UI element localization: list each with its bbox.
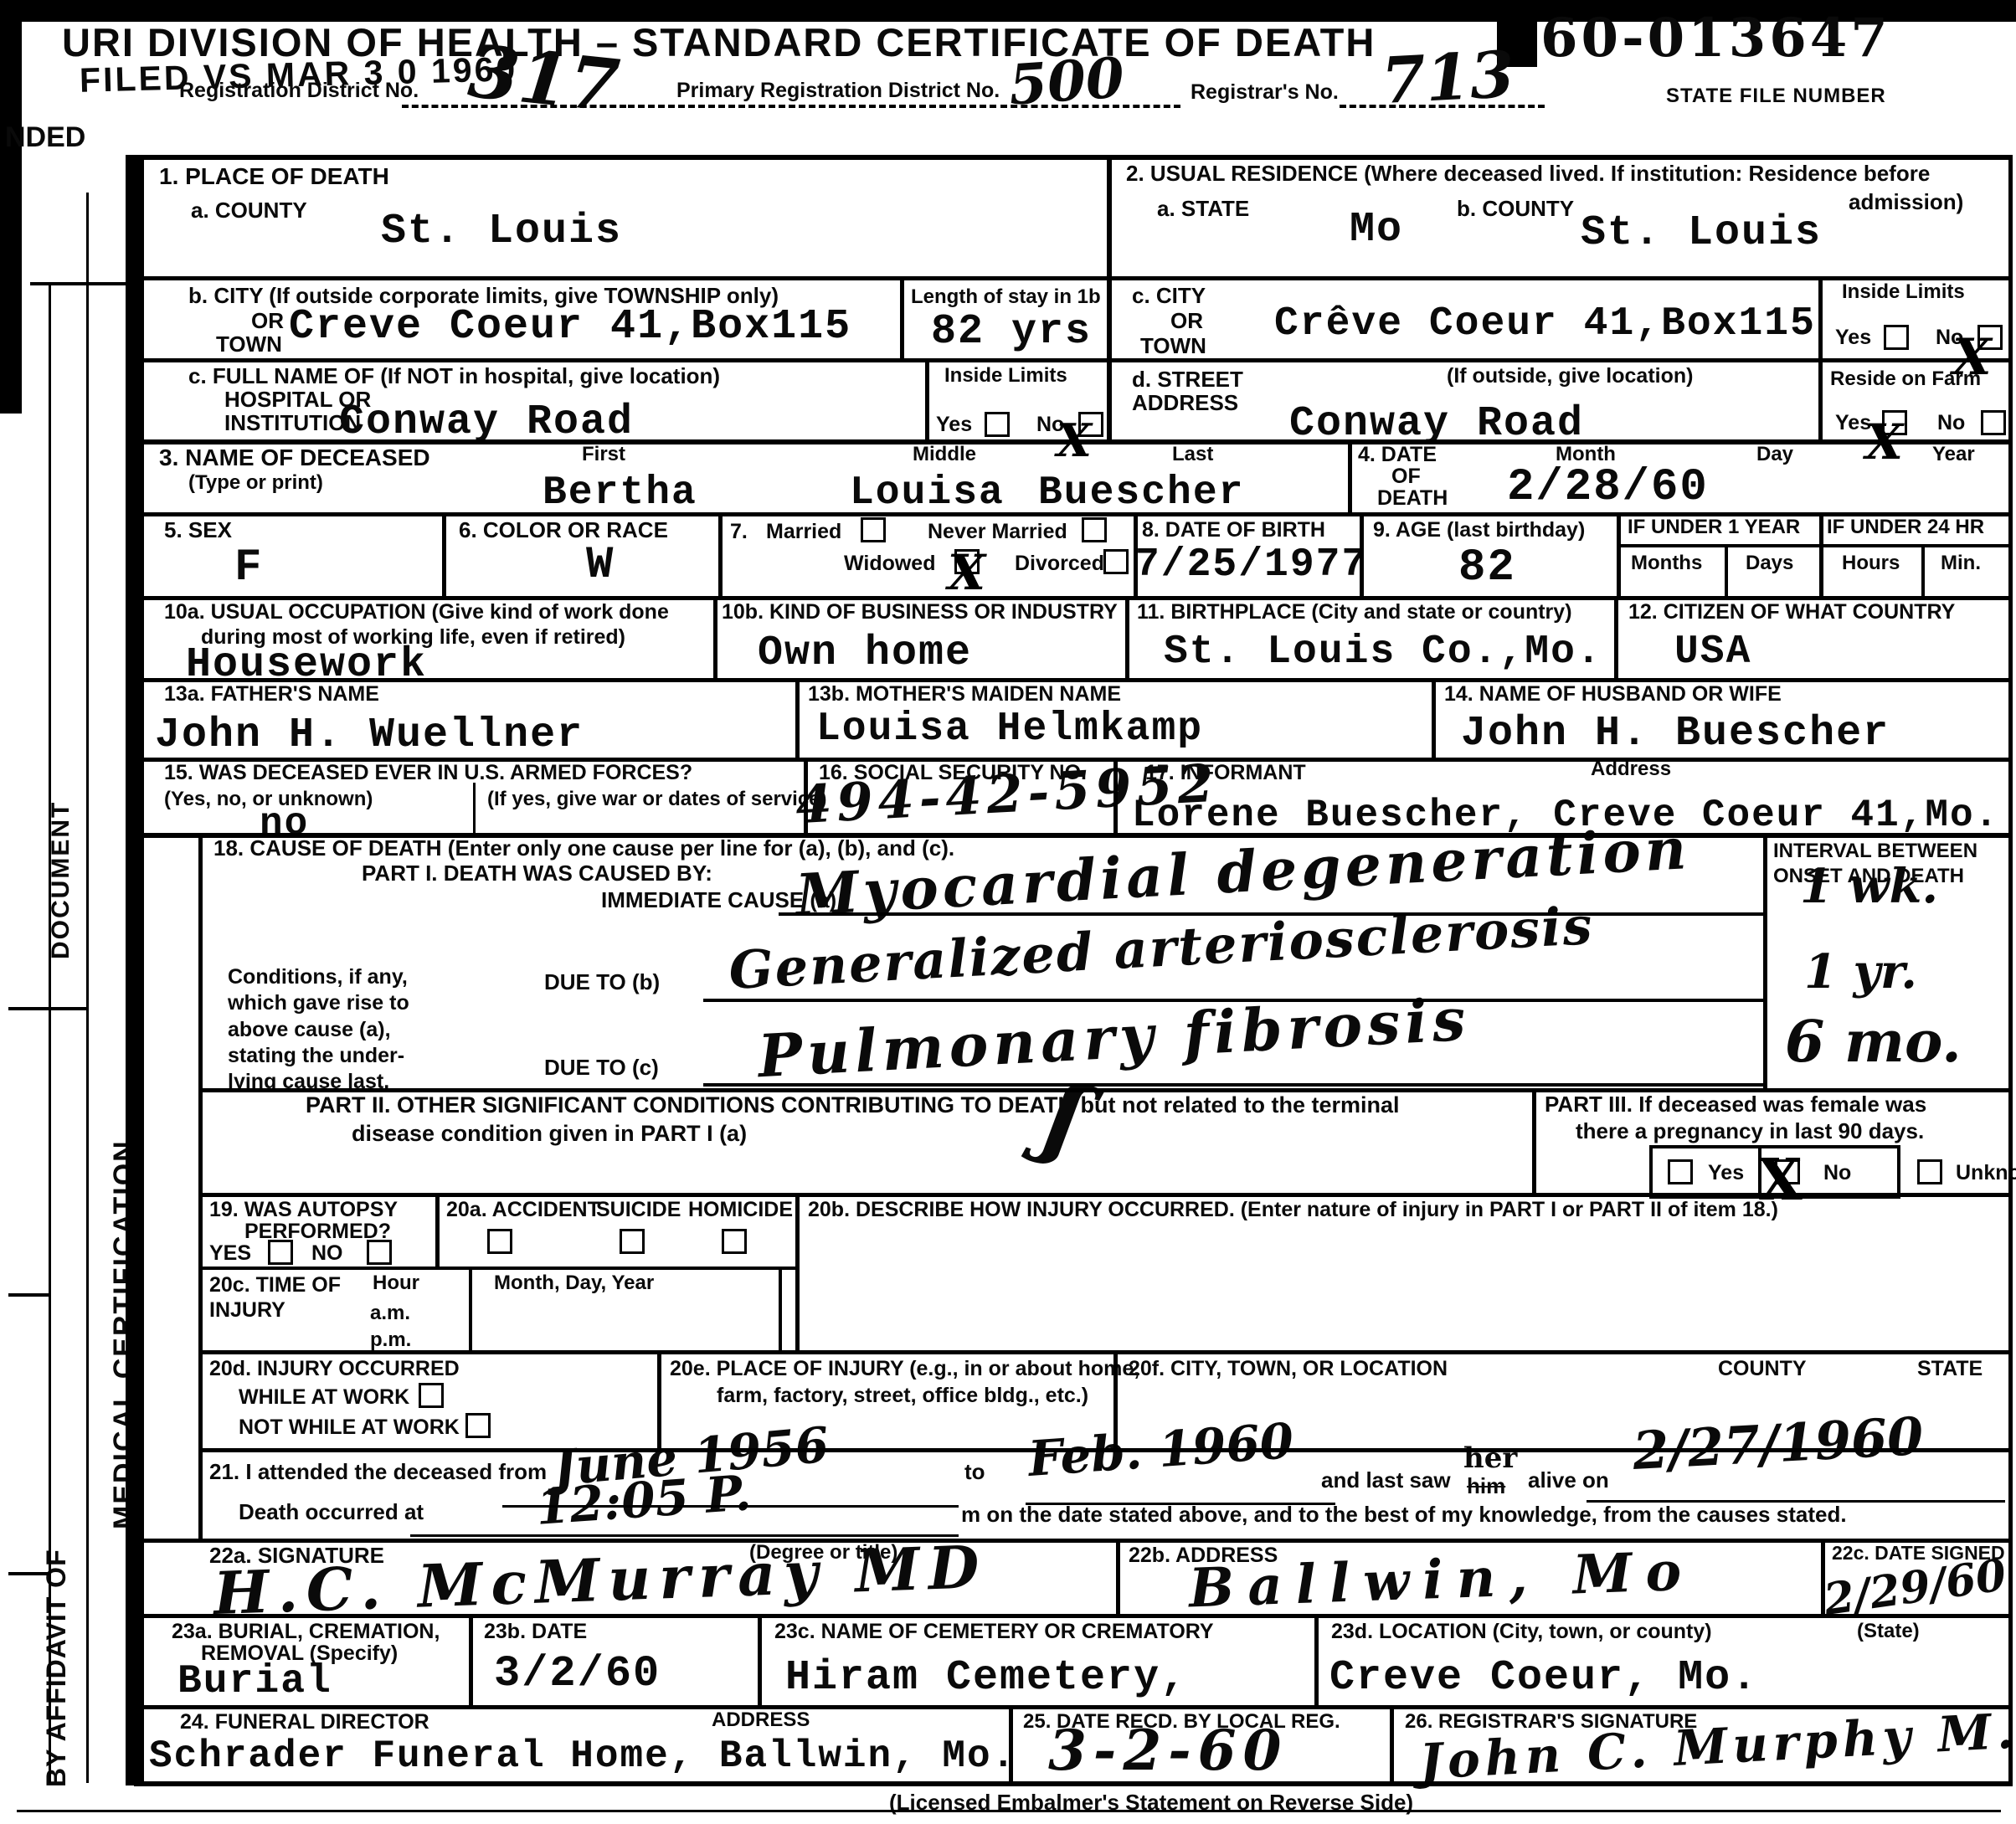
accident-checkbox[interactable] <box>487 1229 512 1254</box>
place-county-value[interactable]: St. Louis <box>381 208 622 255</box>
rule-line <box>198 1267 795 1270</box>
rule-line <box>134 1781 2013 1786</box>
rule-line <box>134 512 2013 516</box>
date-received-value[interactable]: 3-2-60 <box>1048 1718 1288 1783</box>
rule-line <box>1009 1705 1013 1781</box>
rule-line <box>1314 1614 1319 1705</box>
residence-inside-limits-yes-checkbox[interactable] <box>1884 325 1909 350</box>
divorced-checkbox[interactable] <box>1103 549 1129 574</box>
first-name-label: First <box>582 444 625 465</box>
burial-label: 23a. BURIAL, CREMATION, <box>172 1621 440 1643</box>
pregnancy-yes-label: Yes <box>1708 1162 1744 1184</box>
suicide-checkbox[interactable] <box>620 1229 645 1254</box>
part3-label: PART III. If deceased was female was <box>1545 1093 1926 1117</box>
rule-line <box>1113 1350 1118 1448</box>
month-day-year-label: Month, Day, Year <box>494 1272 654 1293</box>
injury-county-label: COUNTY <box>1718 1358 1807 1380</box>
rule-line <box>1116 1539 1120 1614</box>
place-inside-limits-label: Inside Limits <box>944 365 1067 386</box>
age-label: 9. AGE (last birthday) <box>1373 519 1585 542</box>
suicide-label: SUICIDE <box>596 1199 681 1221</box>
burial-date-label: 23b. DATE <box>484 1621 587 1643</box>
residence-city-label: c. CITY <box>1132 285 1206 308</box>
date-of-death-value[interactable]: 2/28/60 <box>1507 462 1709 513</box>
death-occurred-label: Death occurred at <box>239 1501 424 1524</box>
rule-line <box>925 358 929 439</box>
rule-line <box>795 678 800 758</box>
attended-to-label: to <box>964 1461 985 1484</box>
homicide-checkbox[interactable] <box>722 1229 747 1254</box>
rule-line <box>1532 1088 1536 1193</box>
marital-number-label: 7. <box>730 521 748 543</box>
place-of-injury-label: 20e. PLACE OF INJURY (e.g., in or about … <box>670 1358 1139 1380</box>
time-of-injury-label: 20c. TIME OF <box>209 1274 341 1297</box>
dashed-blank <box>1340 105 1545 108</box>
type-or-print-label: (Type or print) <box>188 472 323 493</box>
interval-c-value[interactable]: 6 mo. <box>1785 1009 1962 1076</box>
rule-line <box>779 1267 782 1350</box>
rule-line <box>1617 544 2013 547</box>
homicide-label: HOMICIDE <box>688 1199 793 1221</box>
color-race-label: 6. COLOR OR RACE <box>459 519 668 542</box>
date-of-death-of-label: OF <box>1391 465 1421 488</box>
state-file-number-label: STATE FILE NUMBER <box>1666 85 1886 106</box>
spouse-name-value[interactable]: John H. Buescher <box>1461 710 1890 758</box>
rule-line <box>49 285 51 1783</box>
rule-line <box>1348 439 1352 512</box>
rule-line <box>1432 678 1436 758</box>
rule-line <box>134 758 2013 762</box>
armed-forces-sub2: (If yes, give war or dates of service) <box>487 789 827 809</box>
residence-label2: admission) <box>1849 191 1963 214</box>
place-town-label: TOWN <box>216 333 282 357</box>
birthplace-label: 11. BIRTHPLACE (City and state or countr… <box>1137 601 1572 624</box>
farm-no-label: No <box>1937 412 1965 434</box>
funeral-director-address-label: ADDRESS <box>712 1709 810 1730</box>
residence-county-label: b. COUNTY <box>1457 198 1574 221</box>
autopsy-no-label: NO <box>311 1242 343 1265</box>
due-to-c-label: DUE TO (c) <box>544 1056 659 1080</box>
rule-line <box>473 783 476 833</box>
rule-line <box>502 1505 959 1508</box>
rule-line <box>1617 512 1621 596</box>
never-married-label: Never Married <box>928 521 1067 543</box>
rule-line <box>198 1350 2013 1354</box>
margin-by-affidavit-label: BY AFFIDAVIT OF <box>41 1549 72 1787</box>
armed-forces-label: 15. WAS DECEASED EVER IN U.S. ARMED FORC… <box>164 762 692 784</box>
middle-name-value[interactable]: Louisa <box>850 470 1005 516</box>
autopsy-label: 19. WAS AUTOPSY <box>209 1199 398 1221</box>
sex-value[interactable]: F <box>234 542 263 593</box>
place-county-label: a. COUNTY <box>191 199 307 223</box>
place-of-death-label: 1. PLACE OF DEATH <box>159 164 389 189</box>
cemetery-value[interactable]: Hiram Cemetery, <box>785 1654 1187 1702</box>
rule-line <box>779 912 1763 916</box>
last-name-value[interactable]: Buescher <box>1038 470 1244 516</box>
part2-label2: disease condition given in PART I (a) <box>352 1122 747 1146</box>
mother-name-value[interactable]: Louisa Helmkamp <box>816 706 1203 752</box>
rule-line <box>1649 1195 1900 1199</box>
primary-registration-district-label: Primary Registration District No. <box>676 80 1000 102</box>
injury-city-label: 20f. CITY, TOWN, OR LOCATION <box>1129 1358 1448 1380</box>
rule-line <box>1921 544 1925 596</box>
rule-line <box>1026 1503 1335 1505</box>
rule-line <box>442 512 446 596</box>
rule-line <box>134 439 2013 444</box>
am-label: a.m. <box>370 1302 410 1323</box>
rule-line <box>804 758 808 833</box>
first-name-value[interactable]: Bertha <box>543 470 697 516</box>
rule-line <box>8 1007 86 1010</box>
hour-label: Hour <box>373 1272 419 1293</box>
rule-line <box>657 1350 661 1448</box>
injury-occurred-label: 20d. INJURY OCCURRED <box>209 1358 460 1380</box>
business-value[interactable]: Own home <box>758 629 972 677</box>
dashed-blank <box>628 105 996 108</box>
rule-line <box>1897 1145 1900 1197</box>
cemetery-location-value[interactable]: Creve Coeur, Mo. <box>1329 1654 1758 1702</box>
registration-district-label: Registration District No. <box>179 80 419 102</box>
autopsy-yes-checkbox[interactable] <box>268 1240 293 1265</box>
rule-line <box>134 1539 2013 1543</box>
days-label: Days <box>1746 552 1793 573</box>
rule-line <box>1758 1145 1761 1197</box>
last-saw-label: and last saw <box>1321 1469 1451 1493</box>
residence-inside-limits-label: Inside Limits <box>1842 281 1965 302</box>
date-of-birth-label: 8. DATE OF BIRTH <box>1142 519 1325 542</box>
rule-line <box>198 1448 2013 1452</box>
registrars-no-label: Registrar's No. <box>1191 81 1339 104</box>
rule-line <box>469 1267 472 1350</box>
residence-label: 2. USUAL RESIDENCE (Where deceased lived… <box>1126 162 1930 186</box>
rule-line <box>134 833 2013 838</box>
street-hint-label: (If outside, give location) <box>1447 365 1693 388</box>
injury-state-label: STATE <box>1917 1358 1983 1380</box>
rule-line <box>410 1534 959 1537</box>
hospital-label: c. FULL NAME OF (If NOT in hospital, giv… <box>188 365 720 388</box>
married-checkbox[interactable] <box>861 517 886 542</box>
place-city-value[interactable]: Creve Coeur 41,Box115 <box>289 303 851 351</box>
last-name-label: Last <box>1172 444 1213 465</box>
informant-label: 17. INFORMANT <box>1145 762 1306 784</box>
pm-label: p.m. <box>370 1329 411 1350</box>
due-to-b-label: DUE TO (b) <box>544 971 660 994</box>
married-label: Married <box>766 521 841 543</box>
length-of-stay-value[interactable]: 82 yrs <box>931 308 1092 356</box>
rule-line <box>1821 1539 1825 1614</box>
rule-line <box>758 1614 762 1705</box>
statement-tail-label: m on the date stated above, and to the b… <box>961 1503 1847 1527</box>
farm-no-checkbox[interactable] <box>1981 410 2006 435</box>
rule-line <box>134 678 2013 682</box>
rule-line <box>1113 758 1118 833</box>
day-label: Day <box>1756 444 1793 465</box>
father-name-value[interactable]: John H. Wuellner <box>155 712 584 759</box>
rule-line <box>795 1193 800 1350</box>
spouse-name-label: 14. NAME OF HUSBAND OR WIFE <box>1444 683 1782 706</box>
attended-label: 21. I attended the deceased from <box>209 1461 547 1484</box>
rule-line <box>17 1810 2001 1812</box>
registration-district-value[interactable]: 317 <box>465 29 623 129</box>
cemetery-location-label: 23d. LOCATION (City, town, or county) <box>1331 1621 1712 1643</box>
occupation-label: 10a. USUAL OCCUPATION (Give kind of work… <box>164 601 669 624</box>
autopsy-no-checkbox[interactable] <box>367 1240 392 1265</box>
interval-a-value[interactable]: 1 wk. <box>1800 859 1938 914</box>
rule-line <box>469 1614 473 1705</box>
him-struck-label: him <box>1467 1475 1505 1498</box>
business-label: 10b. KIND OF BUSINESS OR INDUSTRY <box>722 601 1118 624</box>
rule-line <box>1819 512 1823 596</box>
while-at-work-label: WHILE AT WORK <box>239 1386 409 1409</box>
divorced-label: Divorced <box>1015 552 1104 575</box>
dashed-blank <box>1000 105 1180 108</box>
rule-line <box>1725 544 1728 596</box>
rule-line <box>134 1705 2013 1709</box>
rule-line <box>30 282 134 285</box>
rule-line <box>1587 1500 2005 1503</box>
margin-document-label: DOCUMENT <box>47 801 75 959</box>
street-label: d. STREET <box>1132 368 1243 392</box>
rule-line <box>86 193 89 1783</box>
rule-line <box>435 1193 440 1267</box>
rule-line <box>1125 596 1129 678</box>
hours-label: Hours <box>1842 552 1900 573</box>
place-inside-limits-yes-label: Yes <box>936 414 972 436</box>
rule-line <box>900 276 904 358</box>
if-under-1-year-label: IF UNDER 1 YEAR <box>1628 516 1800 537</box>
while-at-work-checkbox[interactable] <box>419 1383 444 1408</box>
autopsy-yes-label: YES <box>209 1242 251 1265</box>
date-of-death-label: 4. DATE <box>1358 444 1437 466</box>
rule-line <box>713 596 717 678</box>
place-inside-limits-yes-checkbox[interactable] <box>985 412 1010 437</box>
pregnancy-unknown-label: Unknown <box>1956 1162 2016 1184</box>
color-race-value[interactable]: W <box>586 540 615 591</box>
father-name-label: 13a. FATHER'S NAME <box>164 683 379 706</box>
rule-line <box>1649 1145 1653 1197</box>
rule-line <box>134 155 2013 160</box>
cemetery-label: 23c. NAME OF CEMETERY OR CREMATORY <box>774 1621 1214 1643</box>
rule-line <box>198 833 203 1539</box>
sex-label: 5. SEX <box>164 519 232 542</box>
rule-line <box>1818 276 1823 439</box>
name-of-deceased-label: 3. NAME OF DECEASED <box>159 445 430 470</box>
rule-line <box>1649 1145 1900 1148</box>
place-of-injury-label2: farm, factory, street, office bldg., etc… <box>717 1385 1088 1407</box>
citizen-label: 12. CITIZEN OF WHAT COUNTRY <box>1628 601 1955 624</box>
residence-state-label: a. STATE <box>1157 198 1249 221</box>
rule-line <box>1614 596 1618 678</box>
rule-line <box>703 999 1763 1002</box>
funeral-director-label: 24. FUNERAL DIRECTOR <box>180 1711 429 1734</box>
if-under-24-hr-label: IF UNDER 24 HR <box>1827 516 1984 537</box>
residence-county-value[interactable]: St. Louis <box>1581 209 1822 257</box>
date-of-birth-value[interactable]: 7/25/1977 <box>1135 542 1367 588</box>
state-sublabel: (State) <box>1857 1621 1920 1642</box>
rule-line <box>134 596 2013 600</box>
rule-line <box>1763 837 1767 1088</box>
place-or-label: OR <box>251 310 284 333</box>
cause-of-death-label: 18. CAUSE OF DEATH (Enter only one cause… <box>213 837 954 861</box>
rule-line <box>8 1572 49 1575</box>
rule-line <box>1134 512 1138 596</box>
citizen-value[interactable]: USA <box>1674 629 1751 675</box>
residence-or-label: OR <box>1170 310 1203 333</box>
rule-line <box>718 512 723 596</box>
rule-line <box>1360 512 1364 596</box>
rule-line <box>198 1088 2013 1092</box>
middle-name-label: Middle <box>913 444 976 465</box>
rule-line <box>134 358 2013 362</box>
scan-bar-left <box>0 22 22 414</box>
length-of-stay-label: Length of stay in 1b <box>911 286 1101 307</box>
pregnancy-yes-checkbox[interactable] <box>1668 1159 1693 1184</box>
time-of-injury-label2: INJURY <box>209 1299 285 1322</box>
part2-label: PART II. OTHER SIGNIFICANT CONDITIONS CO… <box>306 1093 1400 1118</box>
residence-state-value[interactable]: Mo <box>1350 206 1403 254</box>
interval-b-value[interactable]: 1 yr. <box>1804 944 1917 999</box>
date-of-death-death-label: DEATH <box>1377 487 1448 510</box>
mother-name-label: 13b. MOTHER'S MAIDEN NAME <box>808 683 1121 706</box>
pregnancy-unknown-checkbox[interactable] <box>1917 1159 1942 1184</box>
reside-on-farm-label: Reside on Farm <box>1830 368 1981 389</box>
months-label: Months <box>1631 552 1702 573</box>
min-label: Min. <box>1941 552 1981 573</box>
part3-label2: there a pregnancy in last 90 days. <box>1576 1120 1924 1143</box>
widowed-x[interactable]: X <box>948 544 985 601</box>
pregnancy-no-label: No <box>1823 1162 1851 1184</box>
rule-line <box>8 1293 49 1297</box>
rule-line <box>134 276 2013 280</box>
describe-injury-label: 20b. DESCRIBE HOW INJURY OCCURRED. (Ente… <box>808 1199 1778 1221</box>
year-label: Year <box>1932 444 1975 465</box>
alive-on-label: alive on <box>1528 1469 1609 1493</box>
rule-line <box>1107 155 1112 439</box>
conditions-note: Conditions, if any, which gave rise to a… <box>228 964 409 1095</box>
death-certificate-document: URI DIVISION OF HEALTH – STANDARD CERTIF… <box>0 0 2016 1824</box>
residence-city-value[interactable]: Crêve Coeur 41,Box115 <box>1274 301 1816 347</box>
last-alive-value[interactable]: 2/27/1960 <box>1631 1405 1925 1482</box>
amended-fragment: NDED <box>5 122 85 152</box>
dashed-blank <box>402 105 626 108</box>
rule-line <box>1390 1705 1394 1781</box>
funeral-director-value[interactable]: Schrader Funeral Home, Ballwin, Mo. <box>149 1734 1016 1778</box>
part1-label: PART I. DEATH WAS CAUSED BY: <box>362 862 712 886</box>
state-file-number: 60-013647 <box>1540 7 1891 69</box>
birthplace-value[interactable]: St. Louis Co.,Mo. <box>1164 629 1602 675</box>
rule-line <box>703 1083 1763 1087</box>
burial-value[interactable]: Burial <box>177 1659 332 1704</box>
never-married-checkbox[interactable] <box>1082 517 1107 542</box>
her-handwritten[interactable]: her <box>1463 1441 1517 1475</box>
not-while-at-work-checkbox[interactable] <box>465 1413 491 1438</box>
residence-town-label: TOWN <box>1140 335 1206 358</box>
rule-line <box>134 1614 2013 1618</box>
not-while-at-work-label: NOT WHILE AT WORK <box>239 1416 460 1439</box>
street-label2: ADDRESS <box>1132 392 1238 415</box>
burial-date-value[interactable]: 3/2/60 <box>494 1649 661 1698</box>
age-value[interactable]: 82 <box>1458 542 1516 593</box>
residence-inside-limits-yes-label: Yes <box>1835 326 1871 349</box>
accident-label: 20a. ACCIDENT <box>446 1199 600 1221</box>
widowed-label: Widowed <box>844 552 936 575</box>
